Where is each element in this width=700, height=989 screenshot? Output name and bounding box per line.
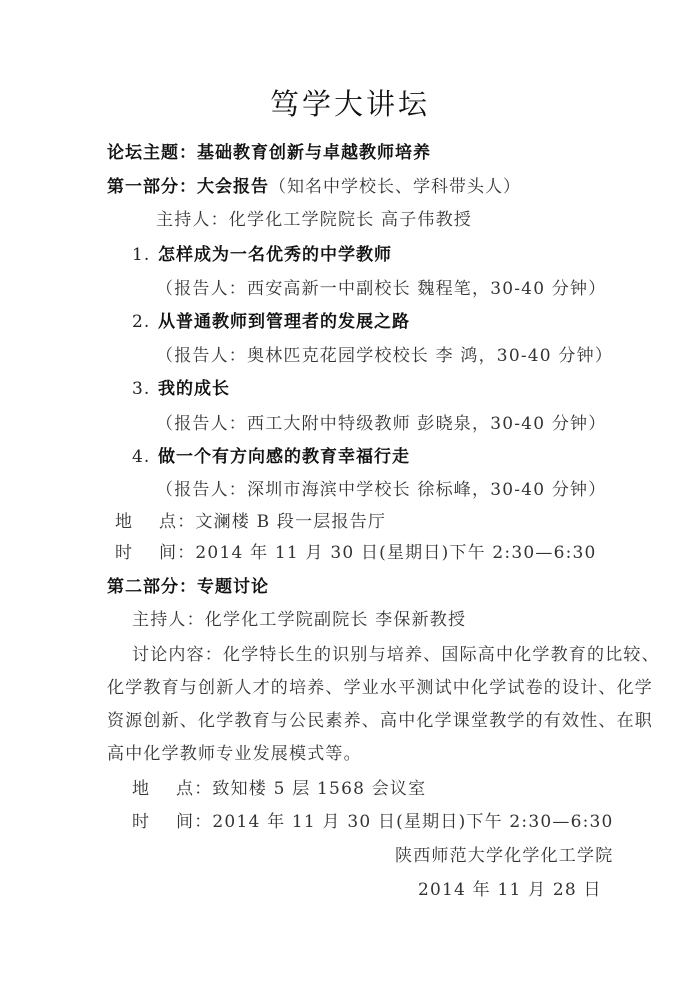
- talk-1-number: 1.: [132, 244, 158, 266]
- time-label-char2: 间：: [159, 543, 195, 563]
- talk-3-title-text: 我的成长: [158, 379, 230, 399]
- part2-time-value: 2014 年 11 月 30 日(星期日)下午 2:30—6:30: [212, 812, 613, 832]
- talk-3-number: 3.: [132, 378, 158, 400]
- part1-title: 第一部分：大会报告: [107, 177, 269, 197]
- discussion-line-2: 化学教育与创新人才的培养、学业水平测试中化学试卷的设计、化学: [107, 677, 653, 699]
- talk-1-reporter: （报告人：西安高新一中副校长 魏程笔，30-40 分钟）: [156, 278, 606, 300]
- part2-place: 地点：致知楼 5 层 1568 会议室: [132, 778, 426, 800]
- part1-host: 主持人：化学化工学院院长 高子伟教授: [156, 209, 472, 231]
- part1-place-value: 文澜楼 B 段一层报告厅: [195, 512, 386, 532]
- signature-organization: 陕西师范大学化学化工学院: [395, 845, 613, 867]
- time-label-char1: 时: [132, 811, 176, 833]
- signature-date: 2014 年 11 月 28 日: [418, 879, 602, 901]
- forum-theme: 论坛主题：基础教育创新与卓越教师培养: [107, 142, 431, 164]
- talk-1-title-text: 怎样成为一名优秀的中学教师: [158, 245, 392, 265]
- talk-4-reporter: （报告人：深圳市海滨中学校长 徐标峰，30-40 分钟）: [156, 479, 606, 501]
- talk-2-title-text: 从普通教师到管理者的发展之路: [158, 312, 410, 332]
- part2-place-value: 致知楼 5 层 1568 会议室: [212, 779, 426, 799]
- part1-time-value: 2014 年 11 月 30 日(星期日)下午 2:30—6:30: [195, 543, 596, 563]
- place-label-char2: 点：: [159, 512, 195, 532]
- time-label-char1: 时: [115, 542, 159, 564]
- place-label-char1: 地: [132, 778, 176, 800]
- forum-theme-value: 基础教育创新与卓越教师培养: [197, 143, 431, 163]
- talk-2-reporter: （报告人：奥林匹克花园学校校长 李 鸿，30-40 分钟）: [156, 345, 613, 367]
- talk-4-number: 4.: [132, 446, 158, 468]
- document-title: 笃学大讲坛: [0, 86, 700, 122]
- talk-2-title: 2.从普通教师到管理者的发展之路: [132, 311, 410, 333]
- discussion-line-1: 讨论内容：化学特长生的识别与培养、国际高中化学教育的比较、: [132, 644, 660, 666]
- talk-4-title-text: 做一个有方向感的教育幸福行走: [158, 447, 410, 467]
- part2-host: 主持人：化学化工学院副院长 李保新教授: [132, 609, 466, 631]
- talk-1-title: 1.怎样成为一名优秀的中学教师: [132, 244, 392, 266]
- place-label-char1: 地: [115, 511, 159, 533]
- talk-2-number: 2.: [132, 311, 158, 333]
- talk-3-reporter: （报告人：西工大附中特级教师 彭晓泉，30-40 分钟）: [156, 413, 606, 435]
- part2-heading: 第二部分：专题讨论: [107, 576, 269, 598]
- talk-4-title: 4.做一个有方向感的教育幸福行走: [132, 446, 410, 468]
- part1-note: （知名中学校长、学科带头人）: [269, 177, 521, 197]
- discussion-line-3: 资源创新、化学教育与公民素养、高中化学课堂教学的有效性、在职: [107, 710, 653, 732]
- part1-time: 时间：2014 年 11 月 30 日(星期日)下午 2:30—6:30: [115, 542, 597, 564]
- part1-heading: 第一部分：大会报告（知名中学校长、学科带头人）: [107, 176, 521, 198]
- forum-theme-label: 论坛主题：: [107, 143, 197, 163]
- time-label-char2: 间：: [176, 812, 212, 832]
- talk-3-title: 3.我的成长: [132, 378, 230, 400]
- part1-place: 地点：文澜楼 B 段一层报告厅: [115, 511, 386, 533]
- place-label-char2: 点：: [176, 779, 212, 799]
- part2-time: 时间：2014 年 11 月 30 日(星期日)下午 2:30—6:30: [132, 811, 614, 833]
- discussion-line-4: 高中化学教师专业发展模式等。: [107, 743, 362, 765]
